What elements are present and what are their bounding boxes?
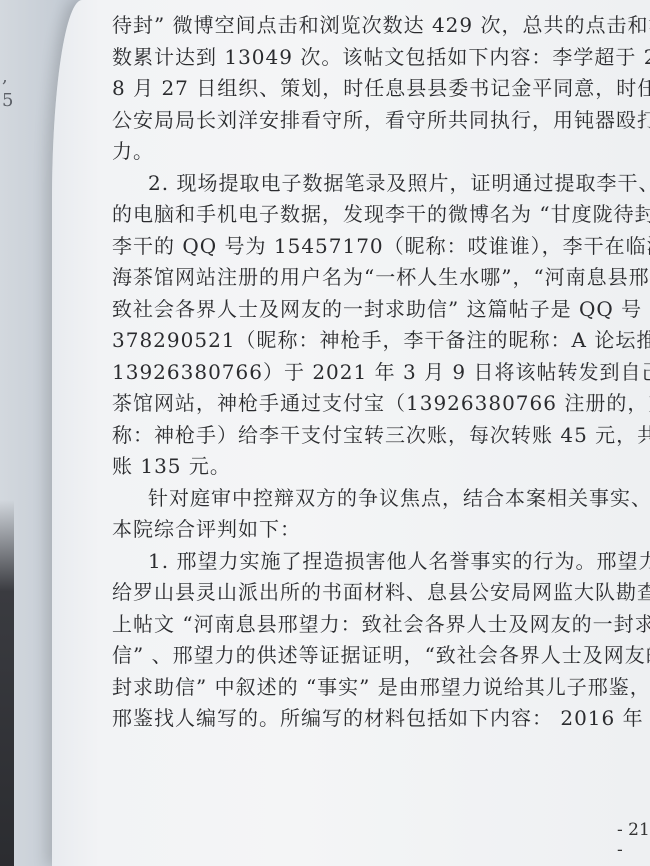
- underlying-page-mark: 5: [2, 90, 13, 111]
- document-body: 待封” 微博空间点击和浏览次数达 429 次，总共的点击和浏览次 数累计达到 1…: [112, 10, 650, 735]
- text-line: 待封” 微博空间点击和浏览次数达 429 次，总共的点击和浏览次: [112, 10, 650, 42]
- text-line: 378290521（昵称：神枪手，李干备注的昵称：A 论坛推发帖: [112, 325, 650, 357]
- text-line: 给罗山县灵山派出所的书面材料、息县公安局网监大队勘查的网: [112, 577, 650, 609]
- text-line: 账 135 元。: [112, 451, 650, 483]
- text-line: 13926380766）于 2021 年 3 月 9 日将该帖转发到自己微博和四…: [112, 357, 650, 389]
- text-line: 李干的 QQ 号为 15457170（昵称：哎谁谁），李干在临海在线-四: [112, 231, 650, 263]
- page-number: - 21 -: [617, 820, 650, 860]
- text-line: 称：神枪手）给李干支付宝转三次账，每次转账 45 元，共计转: [112, 420, 650, 452]
- text-line: 上帖文 “河南息县邢望力：致社会各界人士及网友的一封求助: [112, 609, 650, 641]
- text-line: 信” 、邢望力的供述等证据证明，“致社会各界人士及网友的一: [112, 640, 650, 672]
- underlying-page-mark: ,: [2, 66, 8, 87]
- text-line: 力。: [112, 136, 650, 168]
- background-shadow: [0, 500, 14, 866]
- text-line: 数累计达到 13049 次。该帖文包括如下内容：李学超于 2016 年: [112, 42, 650, 74]
- text-line: 的电脑和手机电子数据，发现李干的微博名为 “甘度陇待封”，: [112, 199, 650, 231]
- text-line: 邢鉴找人编写的。所编写的材料包括如下内容： 2016 年 8 月 27: [112, 703, 650, 735]
- text-line: 海茶馆网站注册的用户名为“一杯人生水哪”，“河南息县邢望力：: [112, 262, 650, 294]
- text-line: 致社会各界人士及网友的一封求助信” 这篇帖子是 QQ 号: [112, 294, 650, 326]
- text-line: 茶馆网站，神枪手通过支付宝（13926380766 注册的，支付宝昵: [112, 388, 650, 420]
- text-line: 封求助信” 中叙述的 “事实” 是由邢望力说给其儿子邢鉴，再由: [112, 672, 650, 704]
- document-page: 待封” 微博空间点击和浏览次数达 429 次，总共的点击和浏览次 数累计达到 1…: [52, 0, 650, 866]
- paragraph-start: 2. 现场提取电子数据笔录及照片，证明通过提取李干、罗旺: [112, 168, 650, 200]
- paragraph-start: 针对庭审中控辩双方的争议焦点，结合本案相关事实、证据，: [112, 483, 650, 515]
- paragraph-start: 1. 邢望力实施了捏造损害他人名誉事实的行为。邢望力提供: [112, 546, 650, 578]
- text-line: 8 月 27 日组织、策划，时任息县县委书记金平同意，时任息县: [112, 73, 650, 105]
- text-line: 公安局局长刘洋安排看守所，看守所共同执行，用钝器殴打邢望: [112, 105, 650, 137]
- text-line: 本院综合评判如下：: [112, 514, 650, 546]
